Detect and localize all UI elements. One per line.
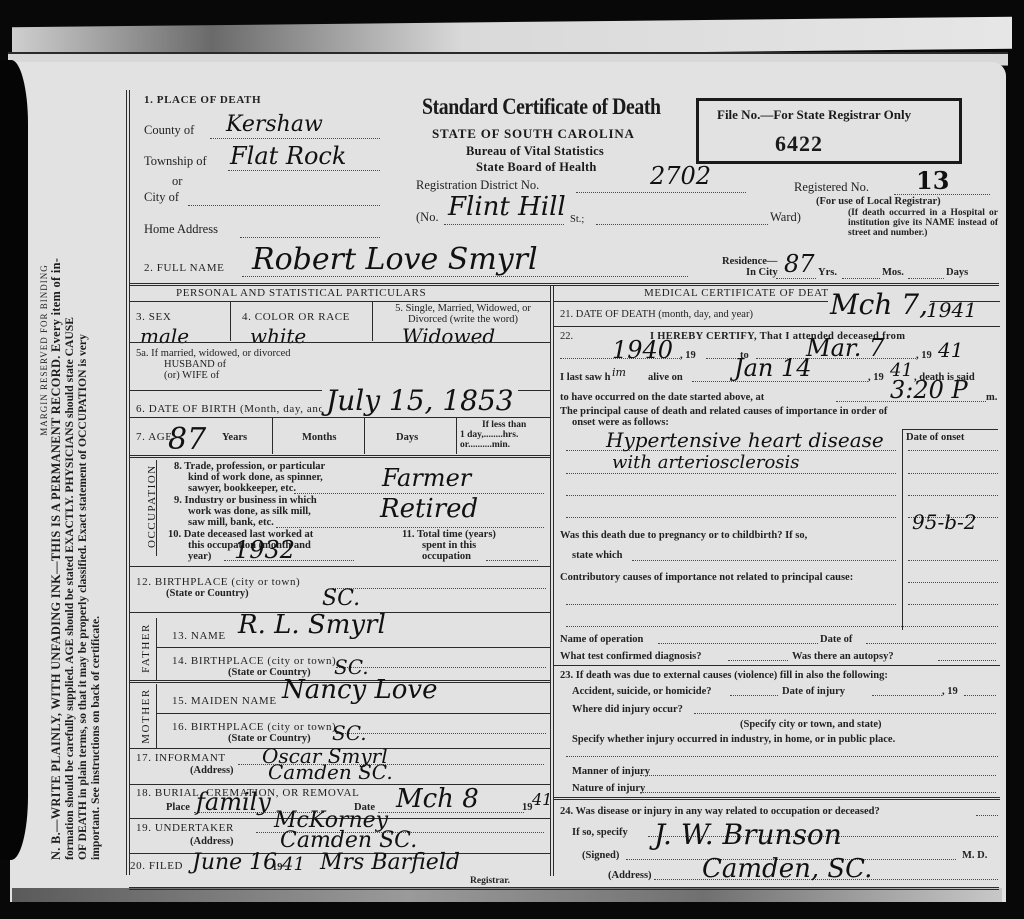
days-label: Days — [946, 267, 968, 278]
less-than-1: If less than — [482, 420, 526, 430]
physician-address[interactable]: Camden, SC. — [702, 854, 872, 884]
local-registrar-note: (For use of Local Registrar) — [816, 196, 941, 207]
cause-dots-3 — [566, 495, 896, 496]
certificate-title: Standard Certificate of Death — [422, 94, 661, 120]
operation-date-label: Date of — [820, 634, 852, 645]
cell-divider — [272, 418, 273, 454]
days-dots — [908, 278, 944, 279]
last-saw-pronoun[interactable]: im — [612, 366, 626, 379]
years-dots — [776, 278, 816, 279]
registered-no-label: Registered No. — [794, 180, 869, 195]
mother-divider — [156, 684, 157, 748]
spouse-label-3: (or) WIFE of — [164, 370, 219, 381]
county-value[interactable]: Kershaw — [226, 112, 323, 137]
operation-dots — [658, 643, 818, 644]
attended-to-value[interactable]: Mar. 7 — [806, 334, 884, 362]
nature-label: Nature of injury — [572, 783, 645, 794]
district-dots — [576, 192, 746, 193]
attended-19: , 19 — [680, 350, 696, 361]
race-value[interactable]: white — [250, 324, 306, 348]
medical-section-title: MEDICAL CERTIFICATE OF DEATH — [644, 287, 837, 299]
certify-number: 22. — [560, 331, 573, 342]
filed-value[interactable]: June 16 — [192, 850, 277, 875]
autopsy-dots — [938, 660, 996, 661]
alive-on-value[interactable]: Jan 14 — [734, 354, 812, 382]
total-time-label-3: occupation — [422, 551, 471, 562]
onset-dots-6 — [908, 582, 998, 583]
industry-label-1: 9. Industry or business in which — [174, 495, 317, 506]
birthplace-label-1: 12. BIRTHPLACE (city or town) — [136, 576, 300, 588]
trade-label-3: sawyer, bookkeeper, etc. — [188, 483, 296, 494]
accident-label: Accident, suicide, or homicide? — [572, 686, 712, 697]
occupation-divider — [156, 460, 157, 556]
principal-cause-label-1: The principal cause of death and related… — [560, 406, 887, 417]
margin-instructions: MARGIN RESERVED FOR BINDING N. B.—WRITE … — [38, 60, 128, 860]
street-value[interactable]: Flint Hill — [448, 192, 566, 222]
age-days-label: Days — [396, 432, 418, 443]
spouse-label-1: 5a. If married, widowed, or divorced — [136, 348, 291, 359]
burial-year-value[interactable]: 41 — [532, 790, 552, 809]
age-months-label: Months — [302, 432, 336, 443]
mos-label: Mos. — [882, 267, 904, 278]
undertaker-label: 19. UNDERTAKER — [136, 822, 234, 834]
trade-value[interactable]: Farmer — [382, 464, 471, 492]
mos-dots — [842, 278, 880, 279]
undertaker-address-label: (Address) — [190, 836, 234, 847]
father-bp-label-1: 14. BIRTHPLACE (city or town) — [172, 655, 336, 667]
less-than-3: or..........min. — [460, 440, 510, 450]
if-so-label: If so, specify — [572, 827, 628, 838]
manner-label: Manner of injury — [572, 766, 650, 777]
registration-district-value[interactable]: 2702 — [650, 162, 711, 190]
mother-name-label: 15. MAIDEN NAME — [172, 695, 277, 707]
row-line — [129, 566, 550, 567]
specify-city-label: (Specify city or town, and state) — [740, 719, 882, 730]
trade-label-1: 8. Trade, profession, or particular — [174, 461, 325, 472]
state-name: STATE OF SOUTH CAROLINA — [432, 126, 635, 142]
sex-value[interactable]: male — [140, 324, 189, 348]
column-divider-inner — [553, 286, 554, 876]
attended-from-value[interactable]: 1940 — [612, 336, 673, 364]
row-line — [554, 326, 1000, 327]
mother-bp-label-1: 16. BIRTHPLACE (city or town) — [172, 721, 336, 733]
row-line — [129, 342, 550, 343]
marital-value[interactable]: Widowed — [402, 324, 495, 348]
binding-shadow — [0, 60, 28, 860]
test-label: What test confirmed diagnosis? — [560, 651, 701, 662]
cell-divider — [372, 301, 373, 341]
board-name: State Board of Health — [476, 160, 597, 175]
township-value[interactable]: Flat Rock — [230, 142, 346, 170]
file-number-label: File No.—For State Registrar Only — [717, 107, 911, 123]
occurred-label: to have occurred on the date started abo… — [560, 392, 764, 403]
principal-cause-label-2: onset were as follows: — [572, 417, 669, 428]
autopsy-label: Was there an autopsy? — [792, 651, 894, 662]
industry-dots — [276, 527, 544, 528]
ward-dots — [596, 224, 768, 225]
registration-district-label: Registration District No. — [416, 178, 539, 193]
father-name-label: 13. NAME — [172, 630, 226, 642]
hospital-note: (If death occurred in a Hospital or inst… — [848, 208, 998, 238]
where-label: Where did injury occur? — [572, 704, 683, 715]
dod-value[interactable]: Mch 7, — [828, 288, 930, 321]
file-number-box: File No.—For State Registrar Only 6422 — [696, 98, 962, 164]
row-line — [129, 417, 550, 418]
county-label: County of — [144, 123, 194, 138]
onset-dots-7 — [908, 604, 998, 605]
row-line — [554, 797, 1000, 800]
column-divider — [550, 286, 551, 876]
age-value[interactable]: 87 — [168, 422, 206, 457]
trade-label-2: kind of work done, as spinner, — [188, 472, 323, 483]
row-line — [554, 665, 1000, 666]
where-dots — [694, 713, 996, 714]
attended-19-dots — [706, 358, 736, 359]
onset-dots-5 — [908, 560, 998, 561]
test-dots — [728, 660, 788, 661]
street-prefix: (No. — [416, 210, 439, 225]
home-address-dots — [240, 237, 380, 238]
specify-place-label: Specify whether injury occurred in indus… — [572, 734, 895, 745]
signed-label: (Signed) — [582, 850, 619, 861]
operation-label: Name of operation — [560, 634, 643, 645]
form-left-border — [126, 90, 127, 875]
full-name-label: 2. FULL NAME — [144, 262, 224, 274]
birthplace-label-2: (State or Country) — [166, 588, 249, 599]
informant-address-value[interactable]: Camden SC. — [268, 760, 393, 784]
registrar-label: Registrar. — [470, 876, 510, 886]
mother-bp-value[interactable]: SC. — [332, 721, 367, 745]
county-dots — [210, 138, 380, 139]
contributory-label: Contributory causes of importance not re… — [560, 572, 853, 583]
time-value[interactable]: 3:20 P — [890, 376, 968, 404]
informant-label: 17. INFORMANT — [136, 752, 226, 764]
race-label: 4. COLOR OR RACE — [242, 311, 350, 323]
dod-label: 21. DATE OF DEATH (month, day, and year) — [560, 309, 753, 320]
mother-bp-label-2: (State or Country) — [228, 733, 311, 744]
m-label: m. — [986, 392, 997, 403]
or-label: or — [172, 174, 182, 189]
home-address-label: Home Address — [144, 222, 218, 237]
pregnancy-label-1: Was this death due to pregnancy or to ch… — [560, 530, 807, 541]
dob-label: 6. DATE OF BIRTH (Month, day, and year) — [136, 403, 354, 415]
page-bottom-edge — [12, 888, 1002, 902]
full-name-value[interactable]: Robert Love Smyrl — [252, 242, 538, 277]
dod-year[interactable]: 1941 — [926, 298, 977, 322]
form-left-border-inner — [129, 90, 130, 875]
margin-line-2: formation should be carefully supplied. … — [63, 60, 76, 860]
filed-year-prefix: 19 — [272, 862, 283, 873]
mother-side-label: MOTHER — [140, 686, 152, 746]
father-side-label: FATHER — [140, 618, 152, 678]
address-label: (Address) — [608, 870, 652, 881]
birthplace-dots — [332, 588, 546, 589]
street-dots — [444, 224, 564, 225]
injury-year-prefix: , 19 — [942, 686, 958, 697]
bureau-name: Bureau of Vital Statistics — [466, 144, 604, 159]
yrs-label: Yrs. — [818, 267, 837, 278]
row-line — [156, 713, 550, 714]
contributory-dots — [566, 604, 896, 605]
pregnancy-dots — [632, 560, 896, 561]
injury-year-dots — [964, 695, 996, 696]
section-divider — [129, 283, 999, 286]
physician-signature[interactable]: J. W. Brunson — [654, 818, 842, 851]
age-years-label: Years — [222, 432, 247, 443]
margin-line-4: important. See instructions on back of c… — [89, 60, 102, 860]
onset-column-divider — [902, 430, 903, 630]
cell-divider — [364, 418, 365, 454]
last-saw-label: I last saw h — [560, 372, 610, 383]
total-time-dots — [486, 560, 538, 561]
industry-value[interactable]: Retired — [380, 494, 478, 524]
external-label: 23. If death was due to external causes … — [560, 670, 888, 681]
total-time-label-2: spent in this — [422, 540, 476, 551]
onset-dots-1 — [908, 450, 998, 451]
father-name-value[interactable]: R. L. Smyrl — [238, 610, 386, 640]
cause-line-1[interactable]: Hypertensive heart disease — [606, 428, 884, 452]
occupational-label: 24. Was disease or injury in any way rel… — [560, 806, 880, 817]
registered-no-value[interactable]: 13 — [916, 166, 949, 195]
last-worked-value[interactable]: 1932 — [234, 536, 295, 564]
cell-divider — [230, 301, 231, 341]
date-of-onset-label: Date of onset — [906, 432, 964, 443]
row-line — [129, 455, 550, 458]
row-line — [129, 301, 550, 302]
form-bottom-border — [129, 887, 999, 890]
registrar-value[interactable]: Mrs Barfield — [320, 850, 460, 875]
filed-year-value[interactable]: 41 — [282, 854, 305, 875]
injury-date-dots — [872, 695, 942, 696]
md-label: M. D. — [962, 850, 987, 861]
mother-name-value[interactable]: Nancy Love — [282, 675, 438, 705]
accident-dots — [730, 695, 778, 696]
total-time-label-1: 11. Total time (years) — [402, 529, 496, 540]
margin-line-1: N. B.—WRITE PLAINLY, WITH UNFADING INK—T… — [50, 60, 63, 860]
township-dots — [228, 170, 380, 171]
city-label: City of — [144, 190, 179, 205]
contributory-dots-2 — [566, 626, 998, 627]
city-dots — [188, 205, 380, 206]
cause-dots-4 — [566, 517, 896, 518]
alive-year-prefix: , 19 — [868, 372, 884, 383]
personal-section-title: PERSONAL AND STATISTICAL PARTICULARS — [176, 287, 426, 299]
attended-to-year-prefix: , 19 — [916, 350, 932, 361]
less-than-2: 1 day,........hrs. — [460, 430, 518, 440]
attended-to-year-value[interactable]: 41 — [938, 338, 963, 362]
margin-line-3: OF DEATH in plain terms, so that it may … — [76, 60, 89, 860]
informant-address-label: (Address) — [190, 765, 234, 776]
manner-dots — [640, 775, 996, 776]
burial-year-prefix: 19 — [522, 802, 533, 813]
burial-place-label: Place — [166, 802, 190, 813]
dob-value[interactable]: July 15, 1853 — [322, 384, 518, 417]
coding-mark[interactable]: 95-b-2 — [912, 510, 977, 534]
certificate-form: 1. PLACE OF DEATH County of Kershaw Town… — [126, 90, 1006, 880]
burial-place-value[interactable]: family — [196, 788, 271, 816]
industry-label-2: work was done, as silk mill, — [188, 506, 311, 517]
alive-on-label: alive on — [648, 372, 683, 383]
township-label: Township of — [144, 154, 207, 169]
ward-label: Ward) — [770, 210, 801, 225]
cause-dots-2 — [566, 473, 896, 474]
operation-date-dots — [866, 643, 996, 644]
onset-dots-3 — [908, 495, 998, 496]
burial-date-value[interactable]: Mch 8 — [396, 784, 479, 814]
specify-place-dots — [566, 756, 998, 757]
spouse-label-2: HUSBAND of — [164, 359, 226, 370]
cause-line-2[interactable]: with arteriosclerosis — [612, 452, 800, 473]
birthplace-value[interactable]: SC. — [322, 586, 360, 611]
row-line — [156, 647, 550, 648]
in-city-label: In City — [746, 267, 778, 278]
nature-dots — [640, 792, 996, 793]
onset-header-line — [902, 429, 998, 430]
file-number-value: 6422 — [775, 131, 823, 157]
place-of-death-label: 1. PLACE OF DEATH — [144, 94, 261, 106]
father-divider — [156, 618, 157, 680]
residence-years-value[interactable]: 87 — [784, 250, 815, 278]
filed-label: 20. FILED — [130, 860, 183, 872]
row-line — [129, 784, 550, 785]
street-suffix: St.; — [570, 214, 584, 225]
pregnancy-label-2: state which — [572, 550, 622, 561]
occupational-dots — [976, 815, 998, 816]
cell-divider — [456, 418, 457, 454]
onset-dots-2 — [908, 473, 998, 474]
mother-bp-dots — [336, 733, 546, 734]
last-worked-label-3: year) — [188, 551, 211, 562]
marital-label: 5. Single, Married, Widowed, or Divorced… — [378, 303, 548, 325]
sex-label: 3. SEX — [136, 311, 171, 323]
industry-label-3: saw mill, bank, etc. — [188, 517, 274, 528]
residence-label: Residence— — [722, 256, 777, 267]
injury-date-label: Date of injury — [782, 686, 845, 697]
